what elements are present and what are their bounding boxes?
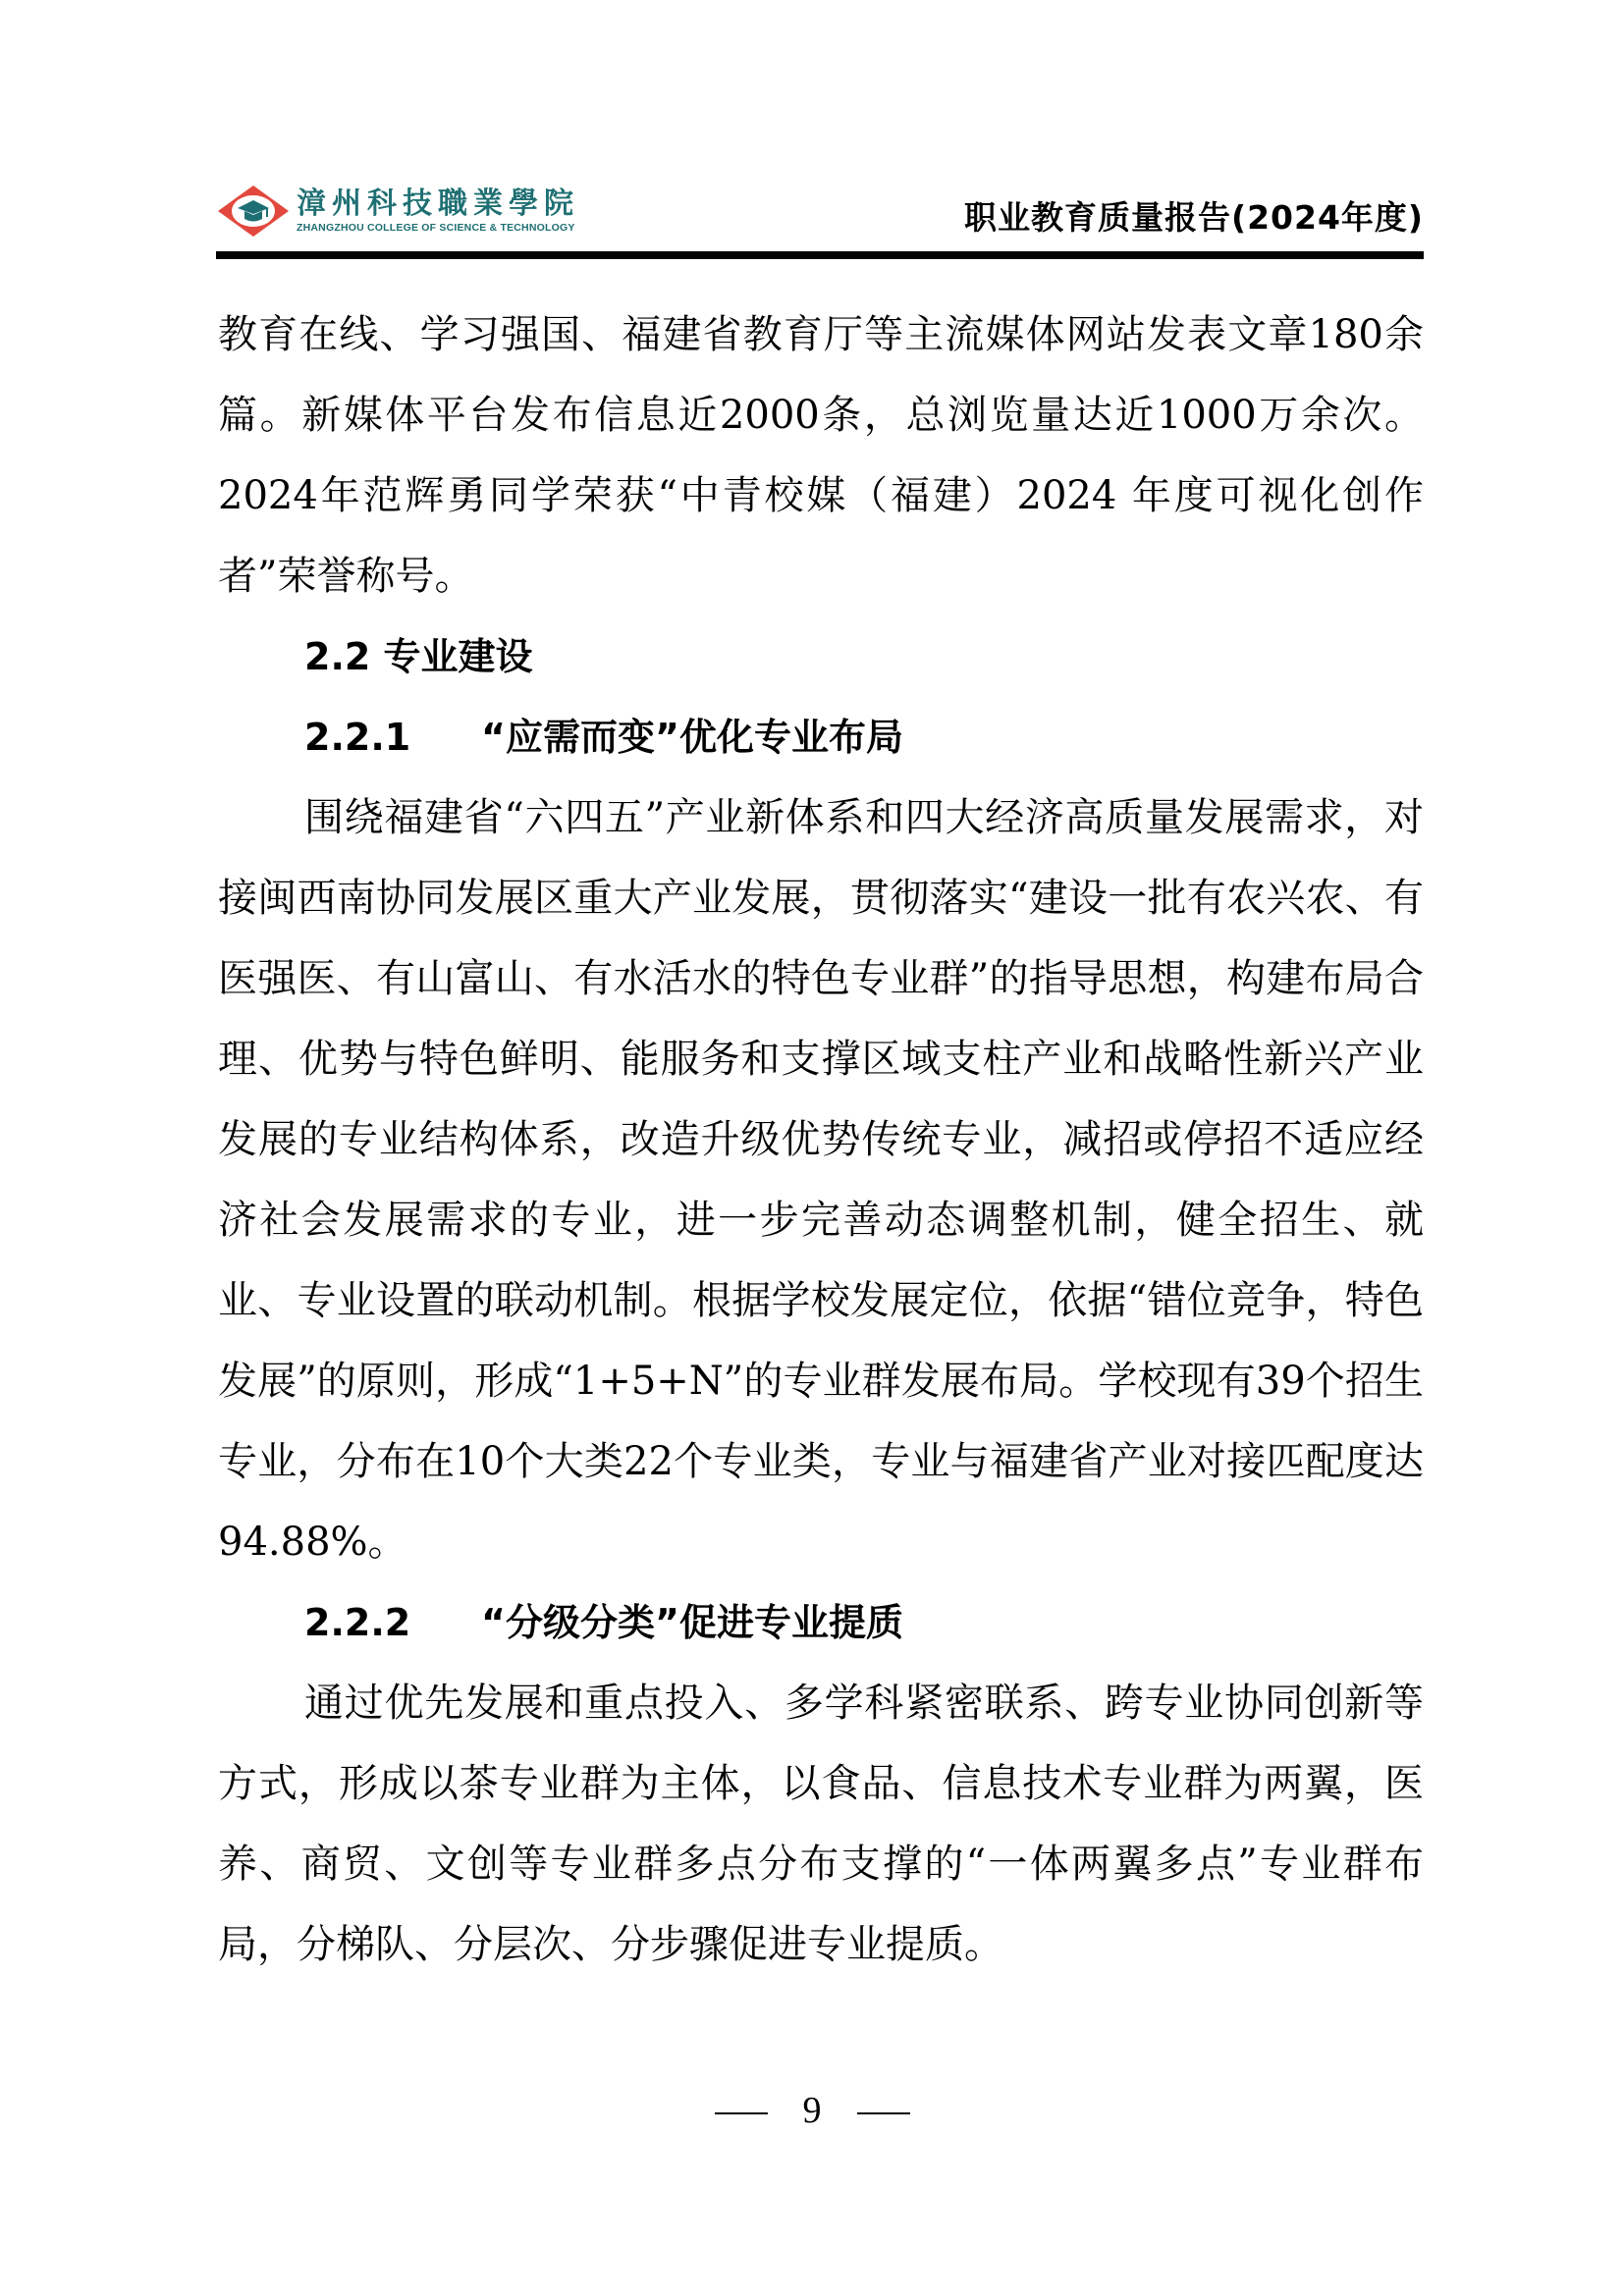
section-heading: 2.2 专业建设: [218, 616, 1424, 697]
subsection-number: 2.2.1: [304, 697, 481, 777]
intro-paragraph: 教育在线、学习强国、福建省教育厅等主流媒体网站发表文章180余篇。新媒体平台发布…: [218, 294, 1424, 616]
college-name-cn: 漳州科技職業學院: [297, 187, 579, 221]
footer-dash-right: [857, 2112, 910, 2114]
subsection-number: 2.2.2: [304, 1582, 481, 1663]
college-logo: 漳州科技職業學院 ZHANGZHOU COLLEGE OF SCIENCE & …: [216, 177, 579, 245]
page-header: 漳州科技職業學院 ZHANGZHOU COLLEGE OF SCIENCE & …: [216, 177, 1424, 259]
subsection-title: “应需而变”优化专业布局: [481, 697, 903, 777]
page-number: 9: [803, 2089, 822, 2132]
header-divider: [216, 251, 1424, 259]
subsection-paragraph-1: 围绕福建省“六四五”产业新体系和四大经济高质量发展需求，对接闽西南协同发展区重大…: [218, 777, 1424, 1582]
page-footer: 9: [0, 2089, 1624, 2132]
subsection-heading-1: 2.2.1 “应需而变”优化专业布局: [218, 697, 1424, 777]
footer-dash-left: [715, 2112, 768, 2114]
subsection-paragraph-2: 通过优先发展和重点投入、多学科紧密联系、跨专业协同创新等方式，形成以茶专业群为主…: [218, 1663, 1424, 1985]
college-emblem-icon: [216, 184, 291, 239]
subsection-title: “分级分类”促进专业提质: [481, 1582, 903, 1663]
subsection-heading-2: 2.2.2 “分级分类”促进专业提质: [218, 1582, 1424, 1663]
college-name-en: ZHANGZHOU COLLEGE OF SCIENCE & TECHNOLOG…: [297, 221, 579, 235]
page-content: 教育在线、学习强国、福建省教育厅等主流媒体网站发表文章180余篇。新媒体平台发布…: [218, 294, 1424, 1985]
report-title: 职业教育质量报告(2024年度): [964, 198, 1424, 238]
